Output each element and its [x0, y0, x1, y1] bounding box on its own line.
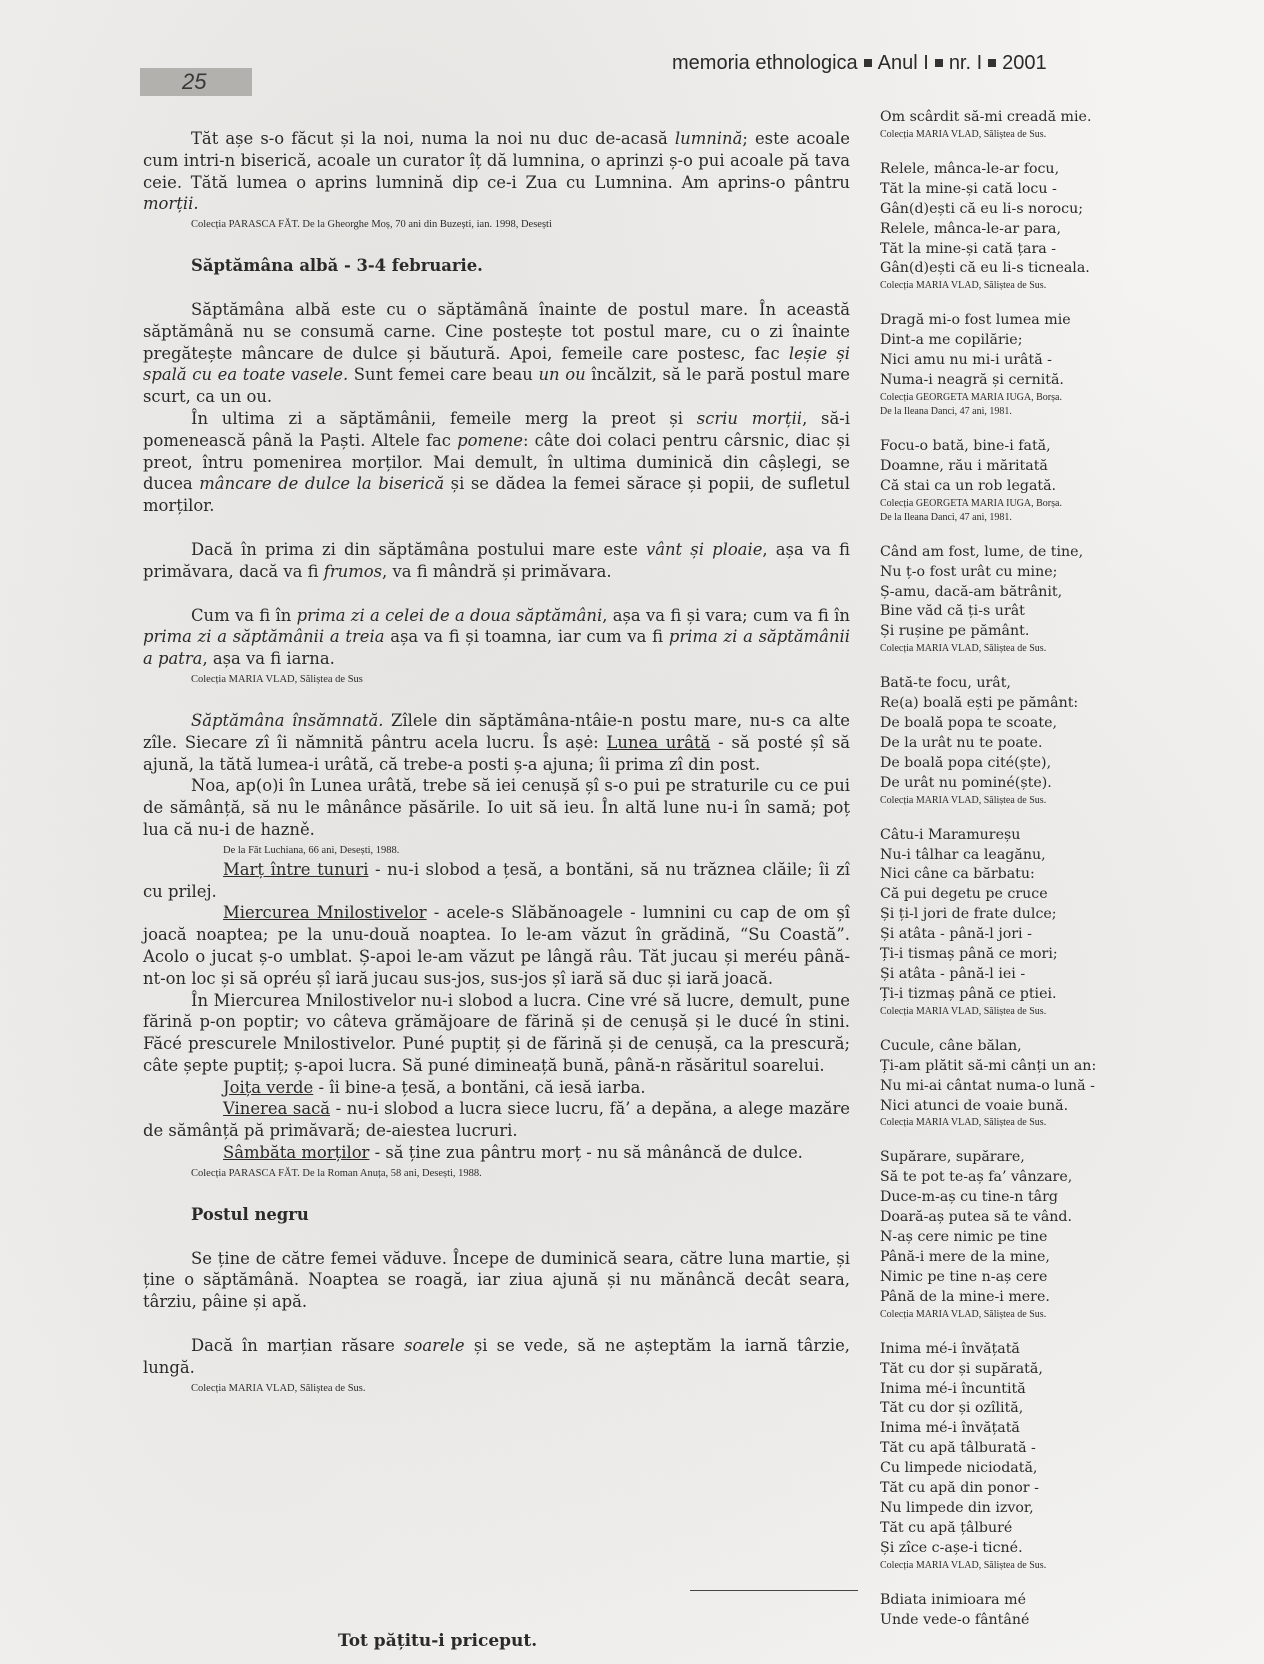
poem-source: Colecția MARIA VLAD, Săliștea de Sus. — [880, 794, 1150, 808]
poem-line: Tăt cu apă din ponor - — [880, 1479, 1150, 1499]
running-header: memoria ethnologicaAnul Inr. I2001 — [672, 52, 1047, 75]
section-heading: Săptămâna albă - 3-4 februarie. — [191, 255, 850, 277]
poem-line: Dint-a me copilărie; — [880, 331, 1150, 351]
underlined-term: Joița verde — [223, 1078, 313, 1097]
poem-line: Tăt cu dor și ozîlită, — [880, 1399, 1150, 1419]
poem-source: Colecția MARIA VLAD, Săliștea de Sus. — [880, 1559, 1150, 1573]
poem-line: N-aș cere nimic pe tine — [880, 1228, 1150, 1248]
poem-line: Nu limpede din izvor, — [880, 1499, 1150, 1519]
poem-stanza: Relele, mânca-le-ar focu,Tăt la mine-și … — [880, 160, 1150, 293]
poem-stanza: Câtu-i MaramureșuNu-i tâlhar ca leagănu,… — [880, 826, 1150, 1019]
poem-line: Tăt cu dor și supărată, — [880, 1360, 1150, 1380]
poem-line: Duce-m-aș cu tine-n târg — [880, 1188, 1150, 1208]
poem-source: Colecția MARIA VLAD, Săliștea de Sus. — [880, 1116, 1150, 1130]
underlined-term: Lunea urâtă — [607, 733, 711, 752]
main-text-column: Tăt așe s-o făcut și la noi, numa la noi… — [143, 128, 850, 1397]
italic-term: pomene — [457, 431, 523, 450]
italic-term: lumnină — [675, 129, 742, 148]
poem-source: Colecția MARIA VLAD, Săliștea de Sus. — [880, 1005, 1150, 1019]
poem-source: Colecția MARIA VLAD, Săliștea de Sus. — [880, 642, 1150, 656]
poem-source: De la Ileana Danci, 47 ani, 1981. — [880, 511, 1150, 525]
poem-line: Relele, mânca-le-ar para, — [880, 220, 1150, 240]
text-run: Tăt așe s-o făcut și la noi, numa la noi… — [191, 129, 675, 148]
poem-line: Când am fost, lume, de tine, — [880, 543, 1150, 563]
poem-source: Colecția GEORGETA MARIA IUGA, Borșa. — [880, 497, 1150, 511]
paragraph: Dacă în prima zi din săptămâna postului … — [143, 539, 850, 583]
poem-line: Gân(d)ești că eu li-s ticneala. — [880, 259, 1150, 279]
text-run: Noa, ap(o)i în Lunea urâtă, trebe să iei… — [143, 776, 850, 839]
paragraph: Se ține de către femei văduve. Începe de… — [143, 1248, 850, 1313]
journal-issue: nr. I — [949, 52, 982, 74]
poem-source: Colecția GEORGETA MARIA IUGA, Borșa. — [880, 391, 1150, 405]
italic-term: soarele — [404, 1336, 465, 1355]
paragraph: Marț între tunuri - nu-i slobod a țesă, … — [143, 859, 850, 903]
italic-term: frumos — [324, 562, 382, 581]
poem-stanza: Când am fost, lume, de tine,Nu ț-o fost … — [880, 543, 1150, 657]
italic-term: prima zi a săptămânii a treia — [143, 627, 385, 646]
poem-stanza: Supărare, supărare,Să te pot te-aș fa’ v… — [880, 1148, 1150, 1321]
source-attribution: Colecția MARIA VLAD, Săliștea de Sus — [191, 672, 850, 688]
poem-line: Și atâta - până-l iei - — [880, 965, 1150, 985]
spacer — [143, 583, 850, 605]
spacer — [143, 1226, 850, 1248]
poem-source: Colecția MARIA VLAD, Săliștea de Sus. — [880, 128, 1150, 142]
italic-term: Săptămâna însămnată. — [191, 711, 383, 730]
text-run: Dacă în prima zi din săptămâna postului … — [191, 540, 646, 559]
text-run: , va fi mândră și primăvara. — [382, 562, 612, 581]
poem-line: De urât nu pominé(ște). — [880, 774, 1150, 794]
poem-line: Nici câne ca bărbatu: — [880, 865, 1150, 885]
poem-stanza: Focu-o bată, bine-i fată,Doamne, rău i m… — [880, 437, 1150, 525]
square-bullet-icon — [935, 59, 943, 67]
poem-line: Că pui degetu pe cruce — [880, 885, 1150, 905]
poem-line: Nu-i tâlhar ca leagănu, — [880, 846, 1150, 866]
source-attribution: De la Făt Luchiana, 66 ani, Desești, 198… — [223, 843, 850, 859]
source-attribution: Colecția PARASCA FĂT. De la Gheorghe Moș… — [191, 217, 850, 233]
text-run: În ultima zi a săptămânii, femeile merg … — [191, 409, 697, 428]
separator-rule — [690, 1590, 858, 1591]
italic-term: un ou — [538, 365, 585, 384]
poem-stanza: Inima mé-i învățatăTăt cu dor și supărat… — [880, 1340, 1150, 1573]
poem-line: Numa-i neagră și cernită. — [880, 371, 1150, 391]
square-bullet-icon — [864, 59, 872, 67]
spacer — [143, 1313, 850, 1335]
poem-line: De la urât nu te poate. — [880, 734, 1150, 754]
poem-line: Gân(d)ești că eu li-s norocu; — [880, 200, 1150, 220]
italic-term: vânt și ploaie — [646, 540, 762, 559]
spacer — [143, 233, 850, 255]
spacer — [143, 277, 850, 299]
paragraph: Săptămâna albă este cu o săptămână înain… — [143, 299, 850, 408]
text-run: , așa va fi iarna. — [202, 649, 334, 668]
poem-line: Nu mi-ai cântat numa-o lună - — [880, 1077, 1150, 1097]
paragraph: Dacă în marțian răsare soarele și se ved… — [143, 1335, 850, 1379]
poem-line: Dragă mi-o fost lumea mie — [880, 311, 1150, 331]
poem-line: Inima mé-i învățată — [880, 1340, 1150, 1360]
poem-line: Câtu-i Maramureșu — [880, 826, 1150, 846]
poem-line: Nu ț-o fost urât cu mine; — [880, 563, 1150, 583]
poem-line: Tăt la mine-și cată țara - — [880, 240, 1150, 260]
spacer — [143, 1182, 850, 1204]
poem-stanza: Cucule, câne bălan,Ți-am plătit să-mi câ… — [880, 1037, 1150, 1131]
text-run: Sunt femei care beau — [348, 365, 538, 384]
poem-line: Re(a) boală ești pe pământ: — [880, 694, 1150, 714]
paragraph: Noa, ap(o)i în Lunea urâtă, trebe să iei… — [143, 775, 850, 840]
poem-line: Nimic pe tine n-aș cere — [880, 1268, 1150, 1288]
poem-line: Și ți-l jori de frate dulce; — [880, 905, 1150, 925]
paragraph: Tăt așe s-o făcut și la noi, numa la noi… — [143, 128, 850, 215]
italic-term: morții. — [143, 194, 199, 213]
poem-line: Om scârdit să-mi creadă mie. — [880, 108, 1150, 128]
spacer — [143, 688, 850, 710]
poem-line: Și rușine pe pământ. — [880, 622, 1150, 642]
text-run: Se ține de către femei văduve. Începe de… — [143, 1249, 850, 1312]
underlined-term: Vinerea sacă — [223, 1099, 330, 1118]
poem-line: Inima mé-i încuntită — [880, 1380, 1150, 1400]
source-attribution: Colecția MARIA VLAD, Săliștea de Sus. — [191, 1381, 850, 1397]
italic-term: scriu morții — [697, 409, 802, 428]
poem-line: Până-i mere de la mine, — [880, 1248, 1150, 1268]
underlined-term: Sâmbăta morților — [223, 1143, 369, 1162]
poem-line: Bine văd că ți-s urât — [880, 602, 1150, 622]
poem-line: Unde vede-o fântâné — [880, 1611, 1150, 1631]
text-run: Săptămâna albă este cu o săptămână înain… — [143, 300, 850, 363]
poem-line: Inima mé-i învățată — [880, 1419, 1150, 1439]
poem-line: Și atâta - până-l jori - — [880, 925, 1150, 945]
poem-line: Că stai ca un rob legată. — [880, 477, 1150, 497]
poem-line: Ș-amu, dacă-am bătrânit, — [880, 583, 1150, 603]
paragraph: Joița verde - îi bine-a țesă, a bontăni,… — [143, 1077, 850, 1099]
poem-line: Tăt cu apă tâlburată - — [880, 1439, 1150, 1459]
poem-line: Relele, mânca-le-ar focu, — [880, 160, 1150, 180]
poem-line: Bdiata inimioara mé — [880, 1591, 1150, 1611]
italic-term: prima zi a celei de a doua săptămâni — [297, 606, 603, 625]
poem-line: Nici amu nu mi-i urâtă - — [880, 351, 1150, 371]
source-attribution: Colecția PARASCA FĂT. De la Roman Anuța,… — [191, 1166, 850, 1182]
poem-source: De la Ileana Danci, 47 ani, 1981. — [880, 405, 1150, 419]
poem-line: De boală popa cité(ște), — [880, 754, 1150, 774]
journal-title: memoria ethnologica — [672, 52, 858, 74]
text-run: , așa va fi și vara; cum va fi în — [602, 606, 850, 625]
poem-line: Bată-te focu, urât, — [880, 674, 1150, 694]
paragraph: Săptămâna însămnată. Zîlele din săptămân… — [143, 710, 850, 775]
text-run: - să ține zua pântru morț - nu să mânânc… — [369, 1143, 802, 1162]
poem-line: Ți-i tismaș până ce mori; — [880, 945, 1150, 965]
poem-line: Până de la mine-i mere. — [880, 1288, 1150, 1308]
poem-line: Doamne, rău i măritată — [880, 457, 1150, 477]
poem-line: Focu-o bată, bine-i fată, — [880, 437, 1150, 457]
italic-term: mâncare de dulce la biserică — [199, 474, 444, 493]
text-run: Dacă în marțian răsare — [191, 1336, 404, 1355]
section-heading: Postul negru — [191, 1204, 850, 1226]
page-number: 25 — [182, 69, 206, 94]
page-number-box: 25 — [140, 68, 252, 96]
paragraph: În ultima zi a săptămânii, femeile merg … — [143, 408, 850, 517]
poem-line: Și zîce c-așe-i ticné. — [880, 1539, 1150, 1559]
poem-source: Colecția MARIA VLAD, Săliștea de Sus. — [880, 1308, 1150, 1322]
underlined-term: Miercurea Mnilostivelor — [223, 903, 427, 922]
paragraph: Miercurea Mnilostivelor - acele-s Slăbăn… — [143, 902, 850, 989]
poem-line: Să te pot te-aș fa’ vânzare, — [880, 1168, 1150, 1188]
poem-source: Colecția MARIA VLAD, Săliștea de Sus. — [880, 279, 1150, 293]
poem-stanza: Bdiata inimioara méUnde vede-o fântâné — [880, 1591, 1150, 1631]
poem-line: Cucule, câne bălan, — [880, 1037, 1150, 1057]
poem-stanza: Dragă mi-o fost lumea mieDint-a me copil… — [880, 311, 1150, 419]
poem-line: Tăt cu apă țâlburé — [880, 1519, 1150, 1539]
poem-line: Ți-am plătit să-mi cânți un an: — [880, 1057, 1150, 1077]
underlined-term: Marț între tunuri — [223, 860, 368, 879]
poem-stanza: Om scârdit să-mi creadă mie.Colecția MAR… — [880, 108, 1150, 142]
square-bullet-icon — [988, 59, 996, 67]
paragraph: În Miercurea Mnilostivelor nu-i slobod a… — [143, 990, 850, 1077]
poem-line: Tăt la mine-și cată locu - — [880, 180, 1150, 200]
poem-line: Supărare, supărare, — [880, 1148, 1150, 1168]
section-title-bottom: Tot pățitu-i priceput. — [338, 1631, 537, 1651]
poems-column: Om scârdit să-mi creadă mie.Colecția MAR… — [880, 108, 1150, 1648]
poem-line: Nici atunci de voaie bună. — [880, 1097, 1150, 1117]
paragraph: Vinerea sacă - nu-i slobod a lucra siece… — [143, 1098, 850, 1142]
text-run: - îi bine-a țesă, a bontăni, că iesă iar… — [313, 1078, 645, 1097]
poem-line: Ți-i tizmaș până ce ptiei. — [880, 985, 1150, 1005]
journal-date: 2001 — [1002, 52, 1047, 74]
poem-line: Cu limpede niciodată, — [880, 1459, 1150, 1479]
poem-line: Doară-aș putea să te vând. — [880, 1208, 1150, 1228]
poem-stanza: Bată-te focu, urât,Re(a) boală ești pe p… — [880, 674, 1150, 807]
journal-year: Anul I — [878, 52, 929, 74]
poem-line: De boală popa te scoate, — [880, 714, 1150, 734]
text-run: așa va fi și toamna, iar cum va fi — [385, 627, 669, 646]
text-run: În Miercurea Mnilostivelor nu-i slobod a… — [143, 991, 850, 1075]
paragraph: Sâmbăta morților - să ține zua pântru mo… — [143, 1142, 850, 1164]
spacer — [143, 517, 850, 539]
scanned-page: 25 memoria ethnologicaAnul Inr. I2001 Tă… — [0, 0, 1264, 1664]
paragraph: Cum va fi în prima zi a celei de a doua … — [143, 605, 850, 670]
text-run: Cum va fi în — [191, 606, 297, 625]
